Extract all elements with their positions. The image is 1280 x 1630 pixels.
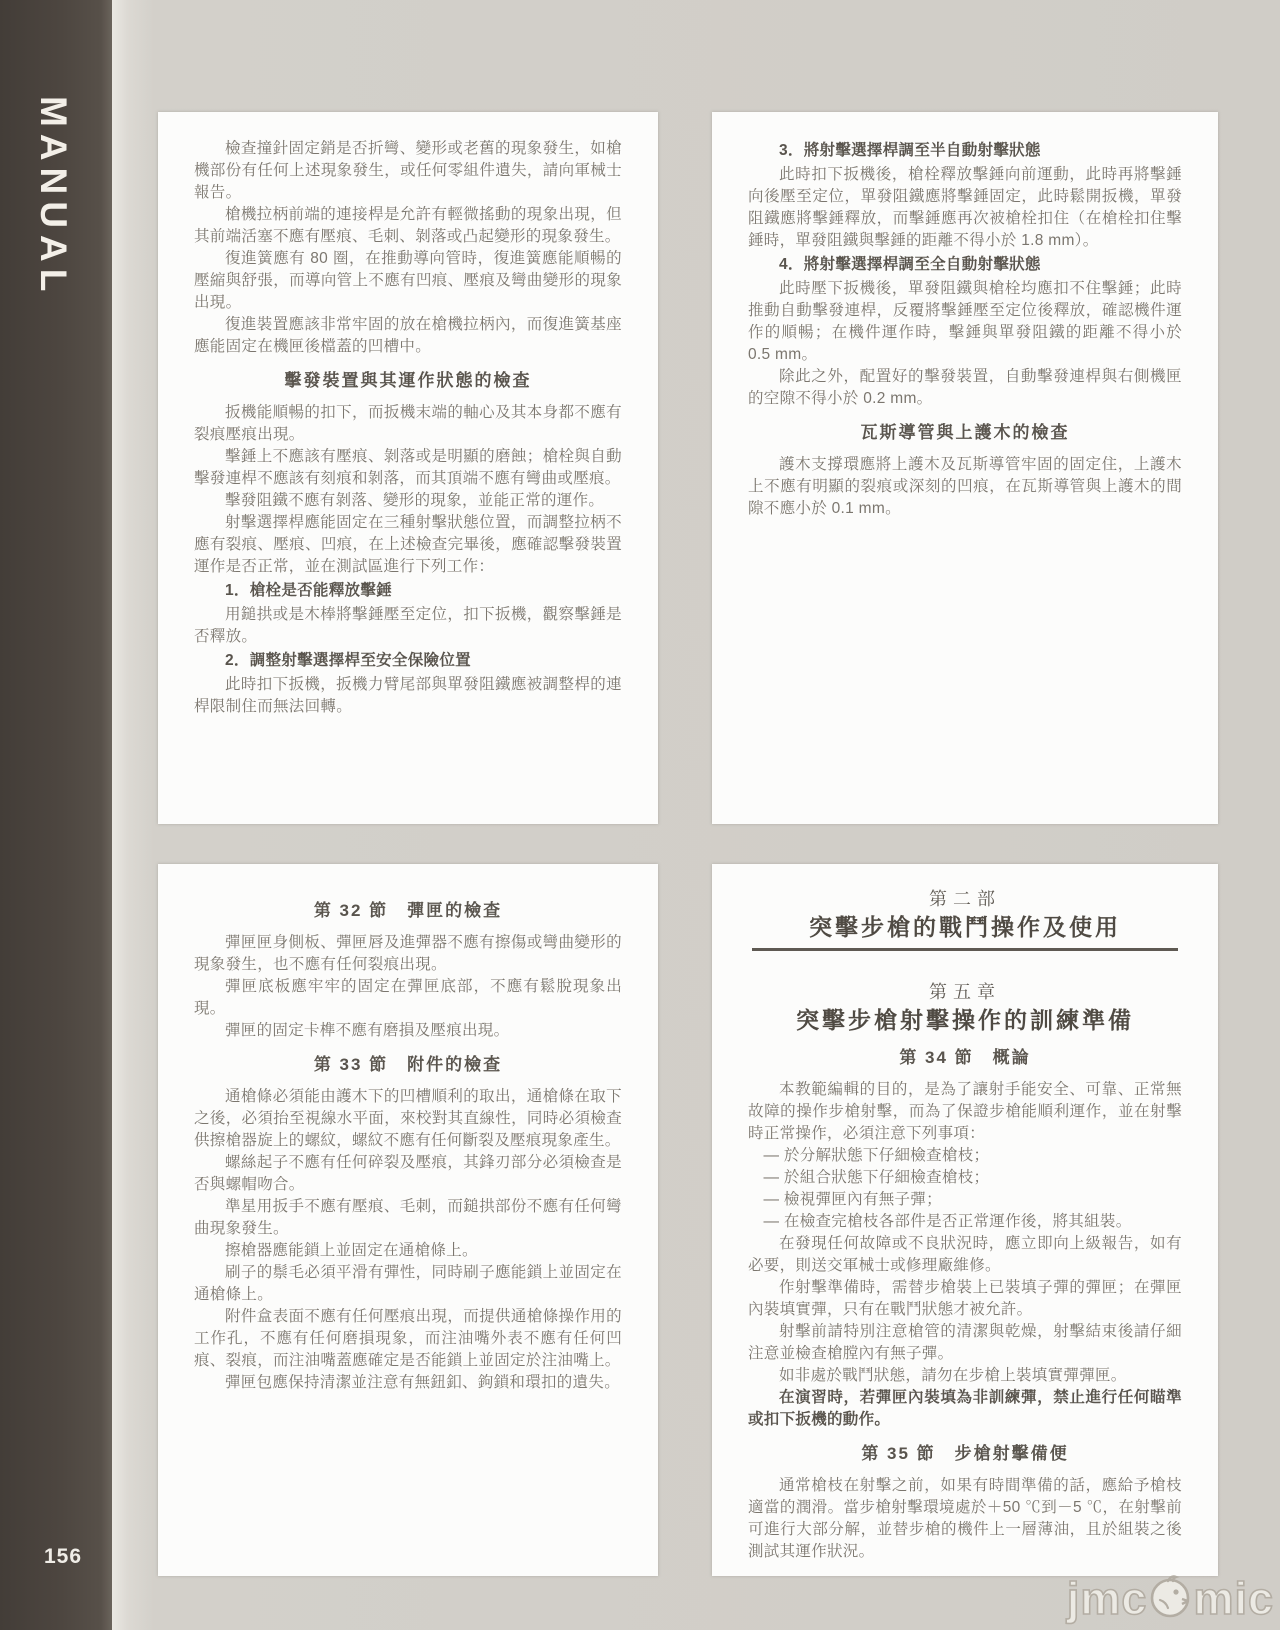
paragraph: 作射擊準備時，需替步槍裝上已裝填子彈的彈匣；在彈匣內裝填實彈，只有在戰鬥狀態才被… [748, 1277, 1182, 1321]
paragraph: 用鎚拱或是木棒將擊錘壓至定位，扣下扳機，觀察擊錘是否釋放。 [194, 604, 622, 648]
part-label: 第五章 [748, 981, 1182, 1003]
paragraph: 此時扣下扳機，扳機力臂尾部與單發阻鐵應被調整桿的連桿限制住而無法回轉。 [194, 674, 622, 718]
scanned-manual-page: MANUAL 156 檢查撞針固定銷是否折彎、變形或老舊的現象發生，如槍機部份有… [0, 0, 1280, 1630]
paragraph: 在發現任何故障或不良狀況時，應立即向上級報告，如有必要，則送交軍械士或修理廠維修… [748, 1233, 1182, 1277]
content-box-bottom-left: 第 32 節 彈匣的檢查彈匣匣身側板、彈匣唇及進彈器不應有擦傷或彎曲變形的現象發… [158, 864, 658, 1576]
paragraph: 準星用扳手不應有壓痕、毛刺，而鎚拱部份不應有任何彎曲現象發生。 [194, 1196, 622, 1240]
numbered-heading: 4．將射擊選擇桿調至全自動射擊狀態 [748, 254, 1182, 276]
content-box-top-right: 3．將射擊選擇桿調至半自動射擊狀態此時扣下扳機後，槍栓釋放擊錘向前運動，此時再將… [712, 112, 1218, 824]
paragraph: 檢查撞針固定銷是否折彎、變形或老舊的現象發生，如槍機部份有任何上述現象發生，或任… [194, 138, 622, 204]
section-heading: 第 32 節 彈匣的檢查 [194, 900, 622, 922]
page-number: 156 [44, 1545, 82, 1569]
section-heading: 瓦斯導管與上護木的檢查 [748, 422, 1182, 444]
paragraph: 扳機能順暢的扣下，而扳機末端的軸心及其本身都不應有裂痕壓痕出現。 [194, 402, 622, 446]
title-divider [752, 948, 1178, 951]
section-heading: 第 34 節 概論 [748, 1047, 1182, 1069]
paragraph: 附件盒表面不應有任何壓痕出現，而提供通槍條操作用的工作孔，不應有任何磨損現象，而… [194, 1306, 622, 1372]
part-title: 突擊步槍射擊操作的訓練準備 [748, 1005, 1182, 1035]
numbered-heading: 1．槍栓是否能釋放擊錘 [194, 580, 622, 602]
content-box-bottom-right: 第二部突擊步槍的戰鬥操作及使用第五章突擊步槍射擊操作的訓練準備第 34 節 概論… [712, 864, 1218, 1576]
paragraph: 擊發阻鐵不應有剝落、變形的現象，並能正常的運作。 [194, 490, 622, 512]
list-item: — 在檢查完槍枝各部件是否正常運作後，將其組裝。 [748, 1211, 1182, 1233]
paragraph: 刷子的鬃毛必須平滑有彈性，同時刷子應能鎖上並固定在通槍條上。 [194, 1262, 622, 1306]
section-heading: 擊發裝置與其運作狀態的檢查 [194, 370, 622, 392]
section-heading: 第 35 節 步槍射擊備便 [748, 1443, 1182, 1465]
book-spine: MANUAL 156 [0, 0, 112, 1630]
paragraph: 除此之外，配置好的擊發裝置，自動擊發連桿與右側機匣的空隙不得小於 0.2 mm。 [748, 366, 1182, 410]
paragraph: 復進裝置應該非常牢固的放在槍機拉柄內，而復進簧基座應能固定在機匣後檔蓋的凹槽中。 [194, 314, 622, 358]
list-item: — 檢視彈匣內有無子彈； [748, 1189, 1182, 1211]
paragraph-emphasis: 在演習時，若彈匣內裝填為非訓練彈，禁止進行任何瞄準或扣下扳機的動作。 [748, 1387, 1182, 1431]
paragraph: 擊錘上不應該有壓痕、剝落或是明顯的磨蝕；槍栓與自動擊發連桿不應該有刻痕和剝落，而… [194, 446, 622, 490]
paragraph: 此時壓下扳機後，單發阻鐵與槍栓均應扣不住擊錘；此時推動自動擊發連桿，反覆將擊錘壓… [748, 278, 1182, 366]
paragraph: 螺絲起子不應有任何碎裂及壓痕，其鋒刃部分必須檢查是否與螺帽吻合。 [194, 1152, 622, 1196]
part-title: 突擊步槍的戰鬥操作及使用 [748, 912, 1182, 942]
paragraph: 彈匣的固定卡榫不應有磨損及壓痕出現。 [194, 1020, 622, 1042]
watermark-text-right: mic [1193, 1576, 1274, 1621]
watermark-text-left: jmc [1067, 1576, 1148, 1621]
paragraph: 此時扣下扳機後，槍栓釋放擊錘向前運動，此時再將擊錘向後壓至定位，單發阻鐵應將擊錘… [748, 164, 1182, 252]
paragraph: 通常槍枝在射擊之前，如果有時間準備的話，應給予槍枝適當的潤滑。當步槍射擊環境處於… [748, 1475, 1182, 1563]
paragraph: 彈匣底板應牢牢的固定在彈匣底部，不應有鬆脫現象出現。 [194, 976, 622, 1020]
watermark: jmc mic [1067, 1572, 1274, 1624]
list-item: — 於分解狀態下仔細檢查槍枝； [748, 1145, 1182, 1167]
part-label: 第二部 [748, 888, 1182, 910]
paragraph: 本教範編輯的目的，是為了讓射手能安全、可靠、正常無故障的操作步槍射擊，而為了保證… [748, 1079, 1182, 1145]
paragraph: 護木支撐環應將上護木及瓦斯導管牢固的固定住，上護木上不應有明顯的裂痕或深刻的凹痕… [748, 454, 1182, 520]
section-heading: 第 33 節 附件的檢查 [194, 1054, 622, 1076]
paragraph: 射擊前請特別注意槍管的清潔與乾燥，射擊結束後請仔細注意並檢查槍膛內有無子彈。 [748, 1321, 1182, 1365]
paragraph: 槍機拉柄前端的連接桿是允許有輕微搖動的現象出現，但其前端活塞不應有壓痕、毛刺、剝… [194, 204, 622, 248]
paragraph: 如非處於戰鬥狀態，請勿在步槍上裝填實彈彈匣。 [748, 1365, 1182, 1387]
paragraph: 通槍條必須能由護木下的凹槽順利的取出，通槍條在取下之後，必須抬至視線水平面，來校… [194, 1086, 622, 1152]
paragraph: 射擊選擇桿應能固定在三種射擊狀態位置，而調整拉柄不應有裂痕、壓痕、凹痕，在上述檢… [194, 512, 622, 578]
spine-title: MANUAL [32, 96, 74, 298]
list-item: — 於組合狀態下仔細檢查槍枝； [748, 1167, 1182, 1189]
paragraph: 彈匣匣身側板、彈匣唇及進彈器不應有擦傷或彎曲變形的現象發生，也不應有任何裂痕出現… [194, 932, 622, 976]
numbered-heading: 2．調整射擊選擇桿至安全保險位置 [194, 650, 622, 672]
paragraph: 彈匣包應保持清潔並注意有無鈕釦、鉤鎖和環扣的遺失。 [194, 1372, 622, 1394]
content-box-top-left: 檢查撞針固定銷是否折彎、變形或老舊的現象發生，如槍機部份有任何上述現象發生，或任… [158, 112, 658, 824]
numbered-heading: 3．將射擊選擇桿調至半自動射擊狀態 [748, 140, 1182, 162]
paragraph: 復進簧應有 80 圈，在推動導向管時，復進簧應能順暢的壓縮與舒張，而導向管上不應… [194, 248, 622, 314]
paragraph: 擦槍器應能鎖上並固定在通槍條上。 [194, 1240, 622, 1262]
page-background: 檢查撞針固定銷是否折彎、變形或老舊的現象發生，如槍機部份有任何上述現象發生，或任… [112, 0, 1280, 1630]
chick-icon [1146, 1572, 1194, 1620]
